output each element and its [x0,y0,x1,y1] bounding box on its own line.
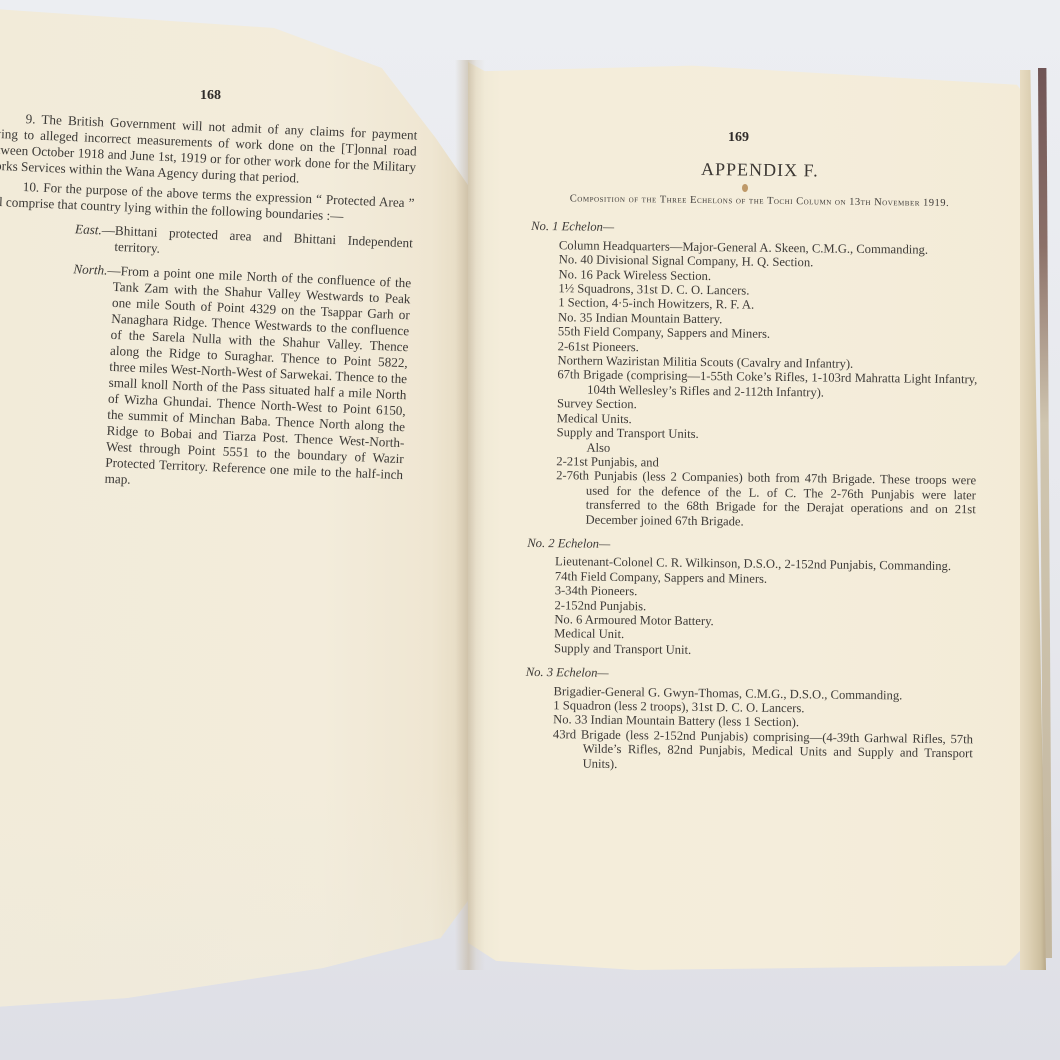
page-number-left: 168 [200,88,221,104]
echelon-3: No. 3 Echelon— Brigadier-General G. Gwyn… [533,665,974,775]
boundary-label: North. [73,261,108,277]
right-page-text: APPENDIX F. Composition of the Three Ech… [532,160,980,785]
page-number-right: 169 [728,130,749,146]
open-book: 168 9. The British Government will not a… [0,0,1060,1060]
boundary-north: North.—From a point one mile North of th… [70,261,411,499]
left-page-text: 9. The British Government will not admit… [0,110,418,503]
unit-line: 2-76th Punjabis (less 2 Companies) both … [556,469,977,532]
appendix-subtitle: Composition of the Three Echelons of the… [521,192,997,211]
echelon-2: No. 2 Echelon— Lieutenant-Colonel C. R. … [534,536,975,661]
echelon-heading: No. 1 Echelon— [531,219,979,239]
echelon-1: No. 1 Echelon— Column Headquarters—Major… [536,219,980,531]
unit-line: 43rd Brigade (less 2-152nd Punjabis) com… [553,727,973,775]
echelon-heading: No. 2 Echelon— [527,536,975,556]
boundary-text: —Bhittani protected area and Bhittani In… [102,222,414,255]
page-shadow [0,788,470,1008]
boundary-east: East.—Bhittani protected area and Bhitta… [80,222,413,268]
echelon-heading: No. 3 Echelon— [526,665,974,685]
boundary-text: —From a point one mile North of the conf… [104,263,411,487]
boundary-label: East. [75,221,102,237]
